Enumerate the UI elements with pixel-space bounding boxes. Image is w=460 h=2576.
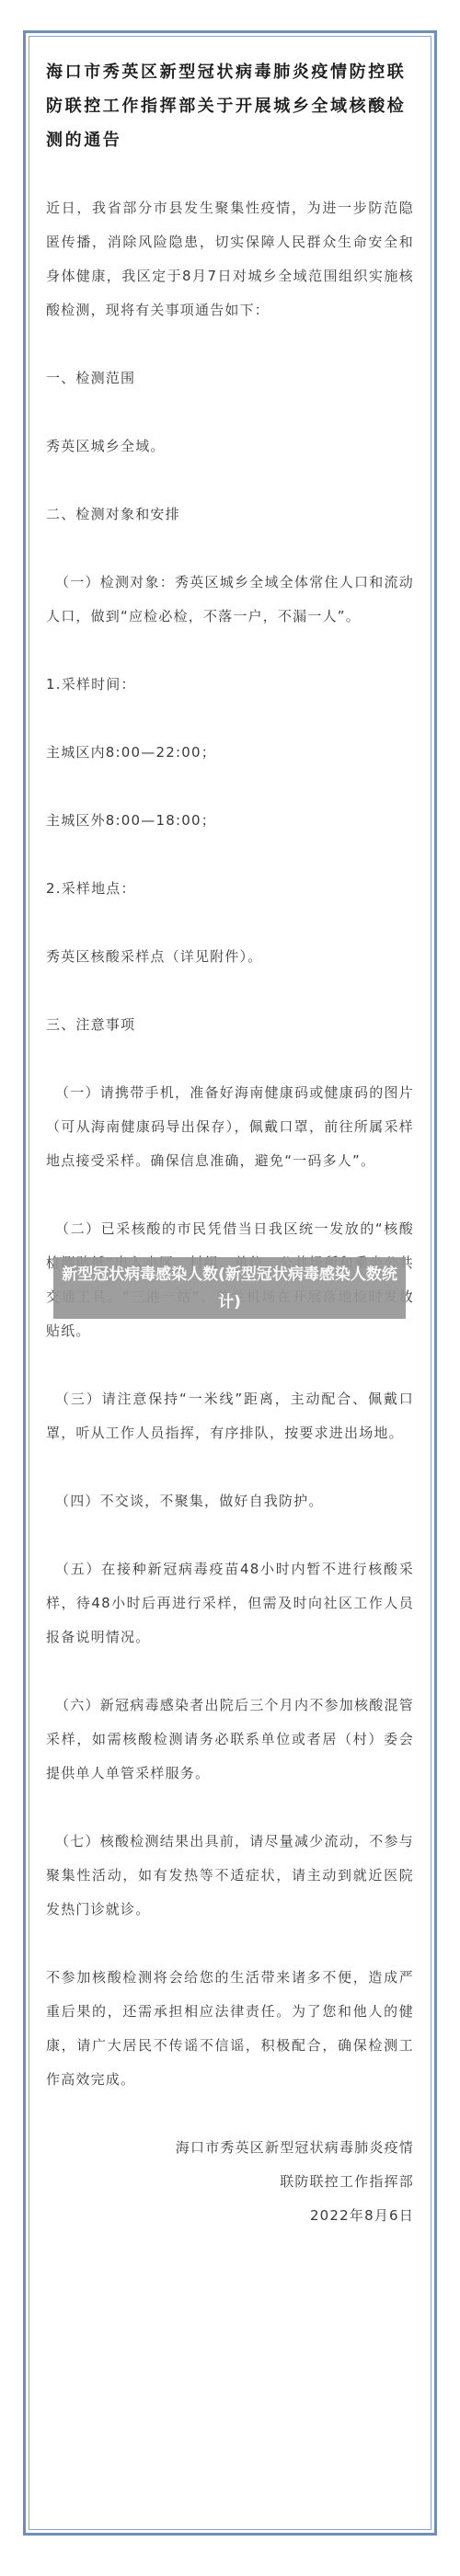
paragraph: （三）请注意保持“一米线”距离，主动配合、佩戴口罩，听从工作人员指挥，有序排队，… [46, 1382, 414, 1450]
paragraph: （四）不交谈，不聚集，做好自我防护。 [46, 1484, 414, 1518]
intro-paragraph: 近日，我省部分市县发生聚集性疫情，为进一步防范隐匿传播，消除风险隐患，切实保障人… [46, 191, 414, 327]
closing-paragraph: 不参加核酸检测将会给您的生活带来诸多不便，造成严重后果的，还需承担相应法律责任。… [46, 1961, 414, 2097]
paragraph: （五）在接种新冠病毒疫苗48小时内暂不进行核酸采样，待48小时后再进行采样，但需… [46, 1552, 414, 1654]
notice-title: 海口市秀英区新型冠状病毒肺炎疫情防控联防联控工作指挥部关于开展城乡全域核酸检测的… [46, 55, 414, 157]
paragraph: 1.采样时间： [46, 668, 414, 702]
signature-block: 海口市秀英区新型冠状病毒肺炎疫情 联防联控工作指挥部 2022年8月6日 [46, 2131, 414, 2233]
paragraph: 秀英区核酸采样点（详见附件）。 [46, 940, 414, 974]
paragraph: （七）核酸检测结果出具前，请尽量减少流动，不参与聚集性活动，如有发热等不适症状，… [46, 1825, 414, 1927]
paragraph: 主城区内8:00—22:00； [46, 736, 414, 770]
paragraph: 主城区外8:00—18:00； [46, 804, 414, 838]
section-heading: 一、检测范围 [46, 361, 414, 395]
overlay-caption: 新型冠状病毒感染人数(新型冠状病毒感染人数统计) [53, 1257, 406, 1319]
signature-org-line1: 海口市秀英区新型冠状病毒肺炎疫情 [46, 2131, 414, 2165]
section-heading: 三、注意事项 [46, 1008, 414, 1042]
paragraph: 秀英区城乡全域。 [46, 429, 414, 464]
paragraph: （六）新冠病毒感染者出院后三个月内不参加核酸混管采样，如需核酸检测请务必联系单位… [46, 1689, 414, 1791]
overlay-caption-text: 新型冠状病毒感染人数(新型冠状病毒感染人数统计) [61, 1261, 398, 1316]
signature-date: 2022年8月6日 [46, 2199, 414, 2233]
paragraph: 2.采样地点： [46, 872, 414, 906]
paragraph: （一）请携带手机，准备好海南健康码或健康码的图片（可从海南健康码导出保存），佩戴… [46, 1076, 414, 1178]
paragraph: （一）检测对象：秀英区城乡全域全体常住人口和流动人口，做到“应检必检，不落一户，… [46, 566, 414, 634]
notice-content: 海口市秀英区新型冠状病毒肺炎疫情防控联防联控工作指挥部关于开展城乡全域核酸检测的… [46, 55, 414, 2233]
section-heading: 二、检测对象和安排 [46, 498, 414, 532]
signature-org-line2: 联防联控工作指挥部 [46, 2165, 414, 2199]
